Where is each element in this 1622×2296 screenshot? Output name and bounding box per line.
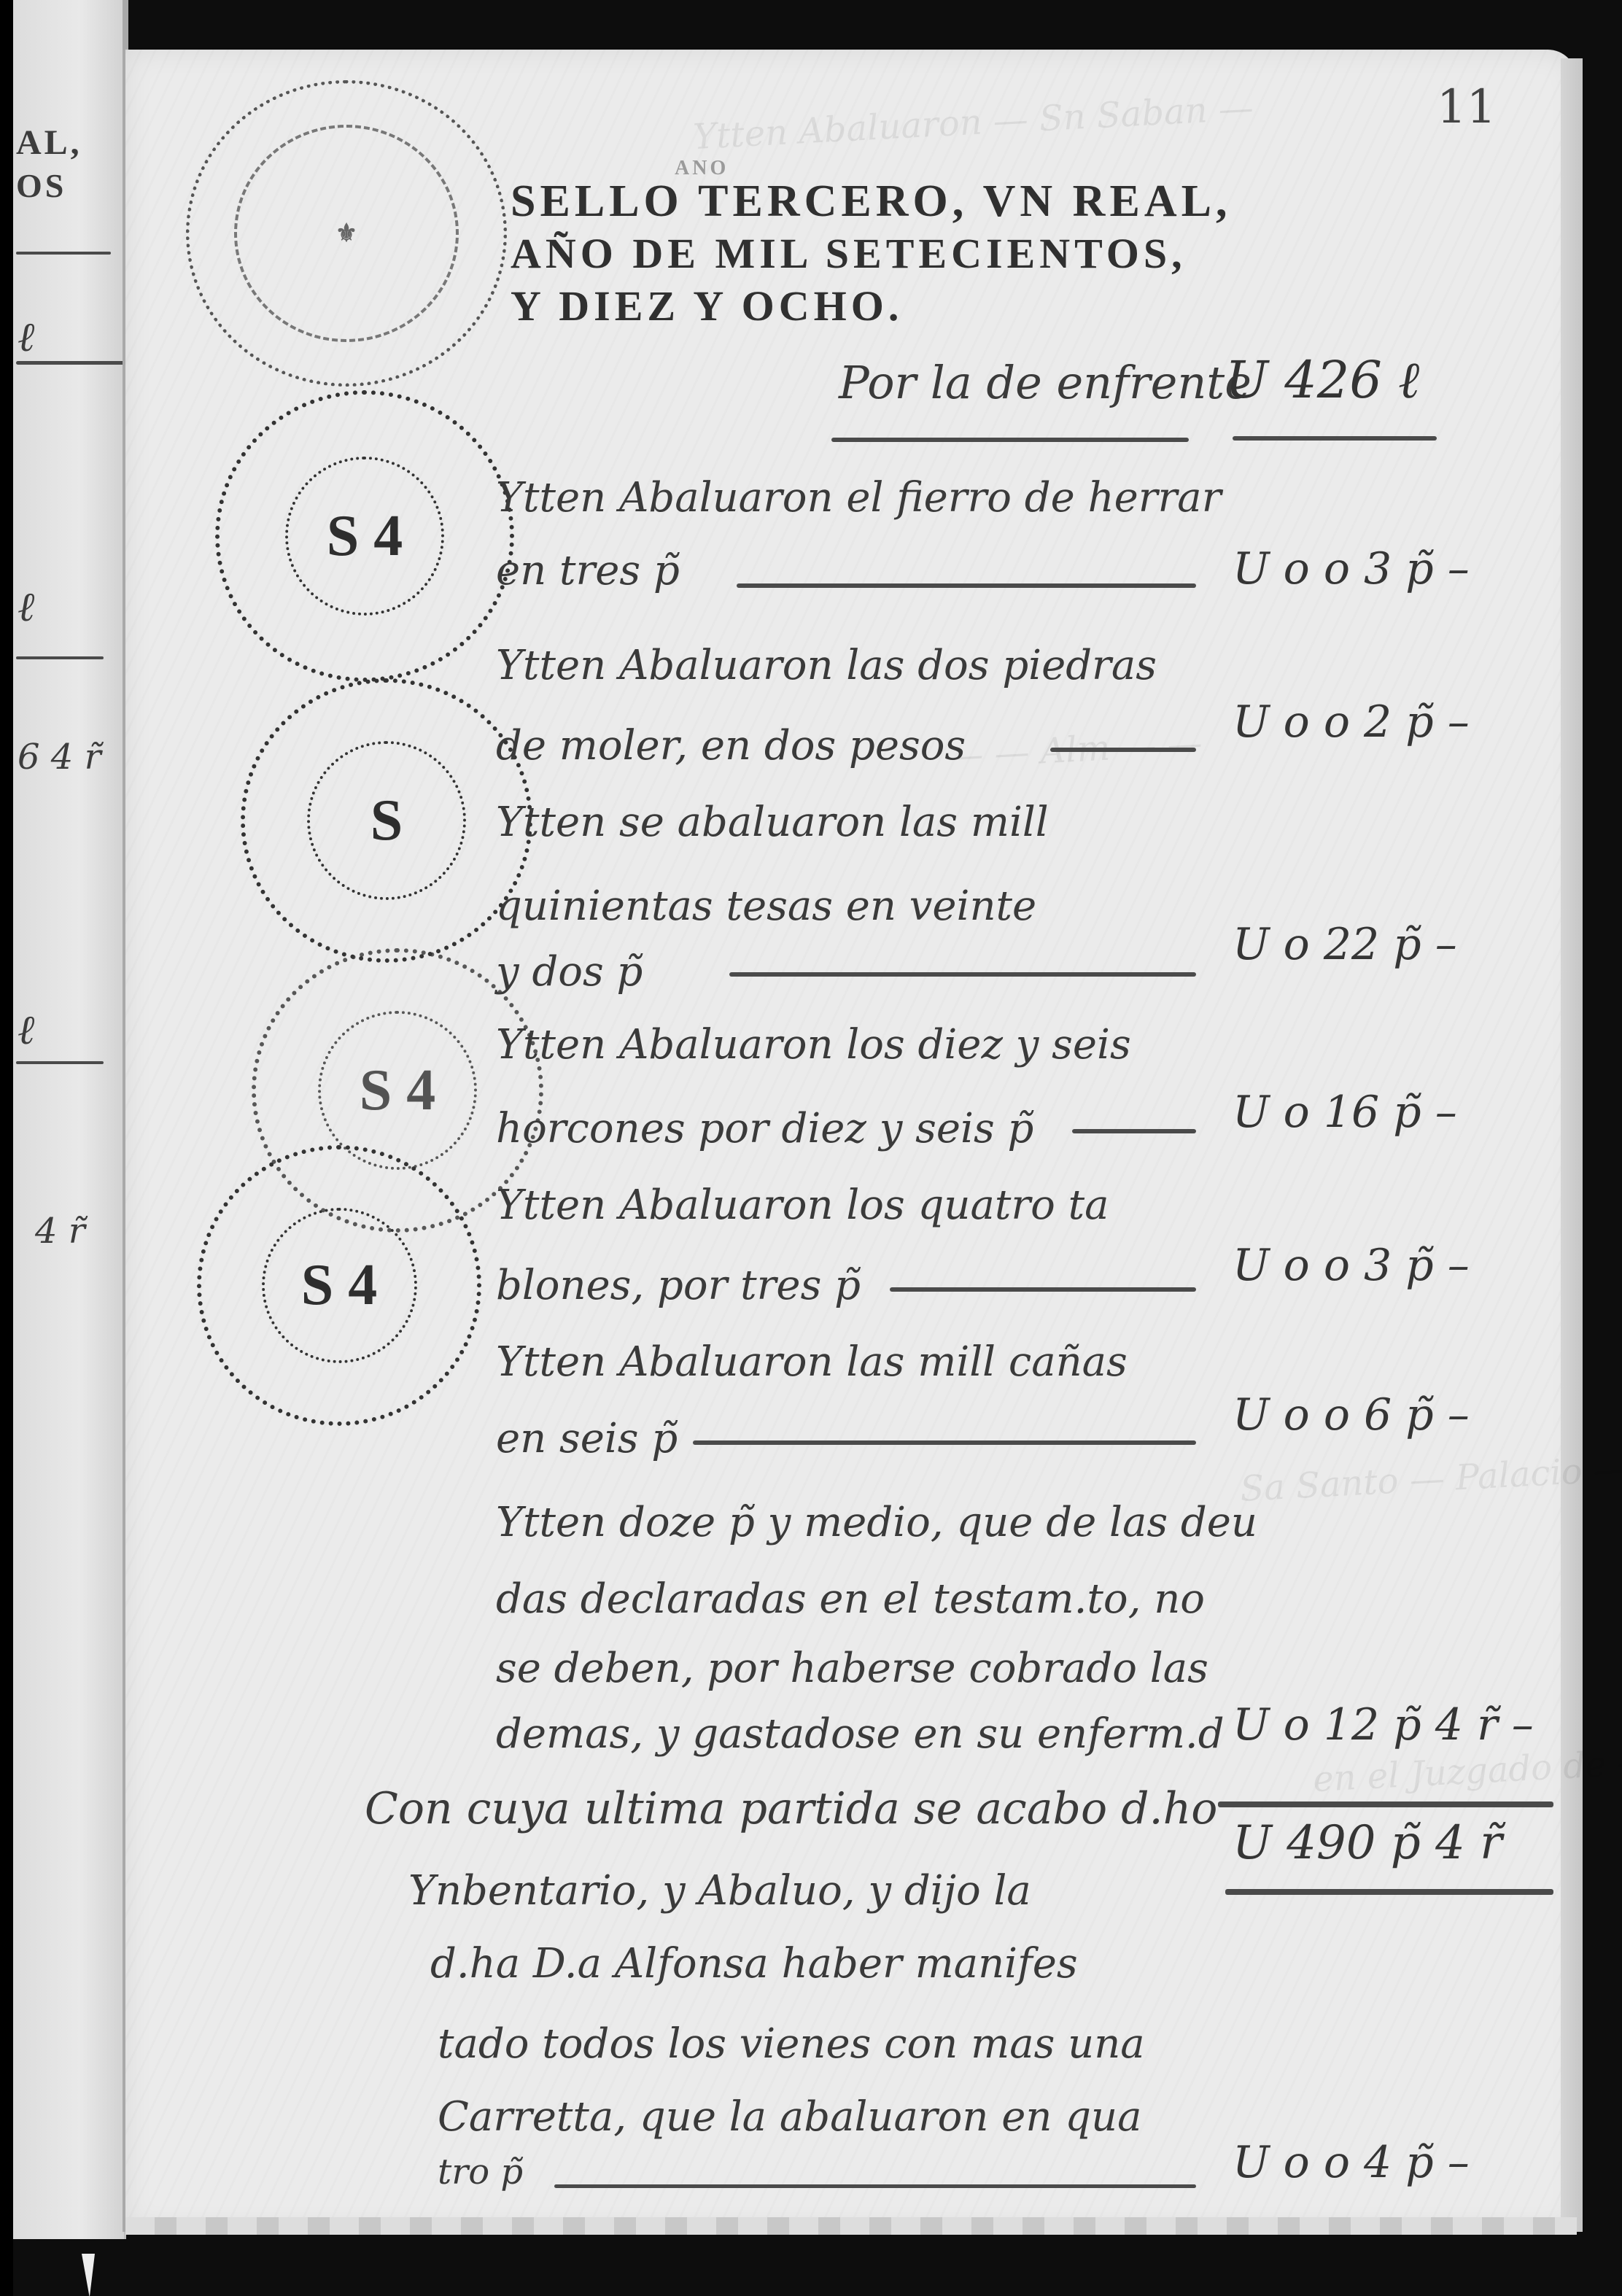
entry-line: Ytten Abaluaron los quatro ta (496, 1182, 1109, 1229)
page-edge (1561, 58, 1583, 2232)
ledger-rule (554, 2184, 1196, 2188)
entry-amount: U o 22 p̃ – (1233, 919, 1457, 970)
sum-rule (1218, 1801, 1553, 1807)
page-bottom-edge (125, 2217, 1577, 2235)
facing-amount-5: 4 r̃ (35, 1211, 85, 1252)
carry-forward-amount: U 426 ℓ (1225, 350, 1419, 411)
entry-line: Ytten se abaluaron las mill (496, 799, 1049, 846)
facing-stamp-fragment-2: OS (16, 166, 66, 205)
royal-seal-icon: ⚜ (186, 80, 507, 387)
entry-line: blones, por tres p̃ (496, 1262, 861, 1309)
ledger-rule (737, 583, 1196, 588)
total-line: Con cuya ultima partida se acabo d.ho (365, 1783, 1217, 1834)
closing-line: Carretta, que la abaluaron en qua (438, 2093, 1142, 2141)
ledger-rule (1072, 1129, 1196, 1133)
stamp-header-top: ANO (675, 142, 729, 195)
entry-amount: U o o 6 p̃ – (1233, 1389, 1470, 1440)
facing-amount-3: 6 4 r̃ (18, 737, 101, 777)
folio-number: 11 (1437, 80, 1496, 134)
facing-page-strip: AL, OS ℓ ℓ 6 4 r̃ ℓ 4 r̃ (13, 0, 126, 2239)
carry-forward-label: Por la de enfrente (839, 356, 1252, 409)
entry-amount: U o o 2 p̃ – (1233, 697, 1470, 748)
ledger-rule (890, 1287, 1196, 1292)
stamp-header-line-1: SELLO TERCERO, VN REAL, (511, 175, 1231, 228)
entry-line: y dos p̃ (496, 948, 643, 996)
closing-amount: U o o 4 p̃ – (1233, 2137, 1470, 2188)
fiscal-seal-icon: S 4 (215, 390, 514, 682)
entry-line: Ytten Abaluaron las dos piedras (496, 642, 1157, 689)
sum-rule (1225, 1889, 1553, 1895)
total-amount: U 490 p̃ 4 r̃ (1233, 1816, 1502, 1870)
entry-amount: U o 16 p̃ – (1233, 1087, 1457, 1138)
binding-shadow (0, 0, 13, 2296)
stamp-header-line-3: Y DIEZ Y OCHO. (511, 280, 1231, 333)
closing-line: d.ha D.a Alfonsa haber manifes (430, 1940, 1078, 1987)
fiscal-seal-icon: S 4 (197, 1145, 481, 1426)
ledger-rule (1050, 748, 1196, 752)
entry-line: Ytten Abaluaron el fierro de herrar (496, 474, 1221, 521)
closing-line: tado todos los vienes con mas una (438, 2020, 1145, 2068)
entry-line: horcones por diez y seis p̃ (496, 1105, 1033, 1152)
facing-amount-2: ℓ (18, 583, 34, 631)
entry-line: demas, y gastadose en su enferm.d (496, 1710, 1225, 1758)
entry-line: Ytten Abaluaron las mill cañas (496, 1338, 1128, 1386)
seal-center: S 4 (285, 457, 444, 616)
entry-line: en tres p̃ (496, 547, 680, 594)
entry-line: quinientas tesas en veinte (496, 883, 1036, 930)
seal-center: S 4 (262, 1208, 417, 1363)
entry-amount: U o o 3 p̃ – (1233, 1240, 1470, 1291)
ledger-rule (693, 1440, 1196, 1445)
facing-stamp-fragment-1: AL, (16, 123, 82, 163)
ledger-rule (1233, 436, 1437, 441)
facing-amount-4: ℓ (18, 1007, 34, 1054)
ledger-rule (831, 438, 1189, 442)
entry-amount: U o 12 p̃ 4 r̃ – (1233, 1699, 1534, 1750)
facing-amount-1: ℓ (18, 314, 34, 361)
closing-line: Ynbentario, y Abaluo, y dijo la (408, 1867, 1031, 1915)
closing-line: tro p̃ (438, 2152, 523, 2192)
entry-line: se deben, por haberse cobrado las (496, 1645, 1208, 1692)
facing-rule (16, 656, 104, 659)
entry-line: Ytten Abaluaron los diez y seis (496, 1021, 1131, 1069)
entry-line: Ytten doze p̃ y medio, que de las deu (496, 1499, 1257, 1546)
facing-rule (16, 252, 111, 255)
facing-rule (16, 1061, 104, 1064)
stamped-paper-header: ANO SELLO TERCERO, VN REAL, AÑO DE MIL S… (511, 175, 1231, 333)
seal-center: S (307, 741, 466, 900)
facing-rule (16, 361, 125, 365)
stamp-header-line-2: AÑO DE MIL SETECIENTOS, (511, 228, 1231, 280)
coat-of-arms-icon: ⚜ (234, 125, 459, 342)
entry-line: de moler, en dos pesos (496, 722, 966, 769)
entry-line: das declaradas en el testam.to, no (496, 1575, 1205, 1623)
ledger-rule (729, 972, 1196, 977)
entry-amount: U o o 3 p̃ – (1233, 543, 1470, 594)
fiscal-seal-icon: S (241, 678, 532, 963)
entry-line: en seis p̃ (496, 1415, 678, 1462)
